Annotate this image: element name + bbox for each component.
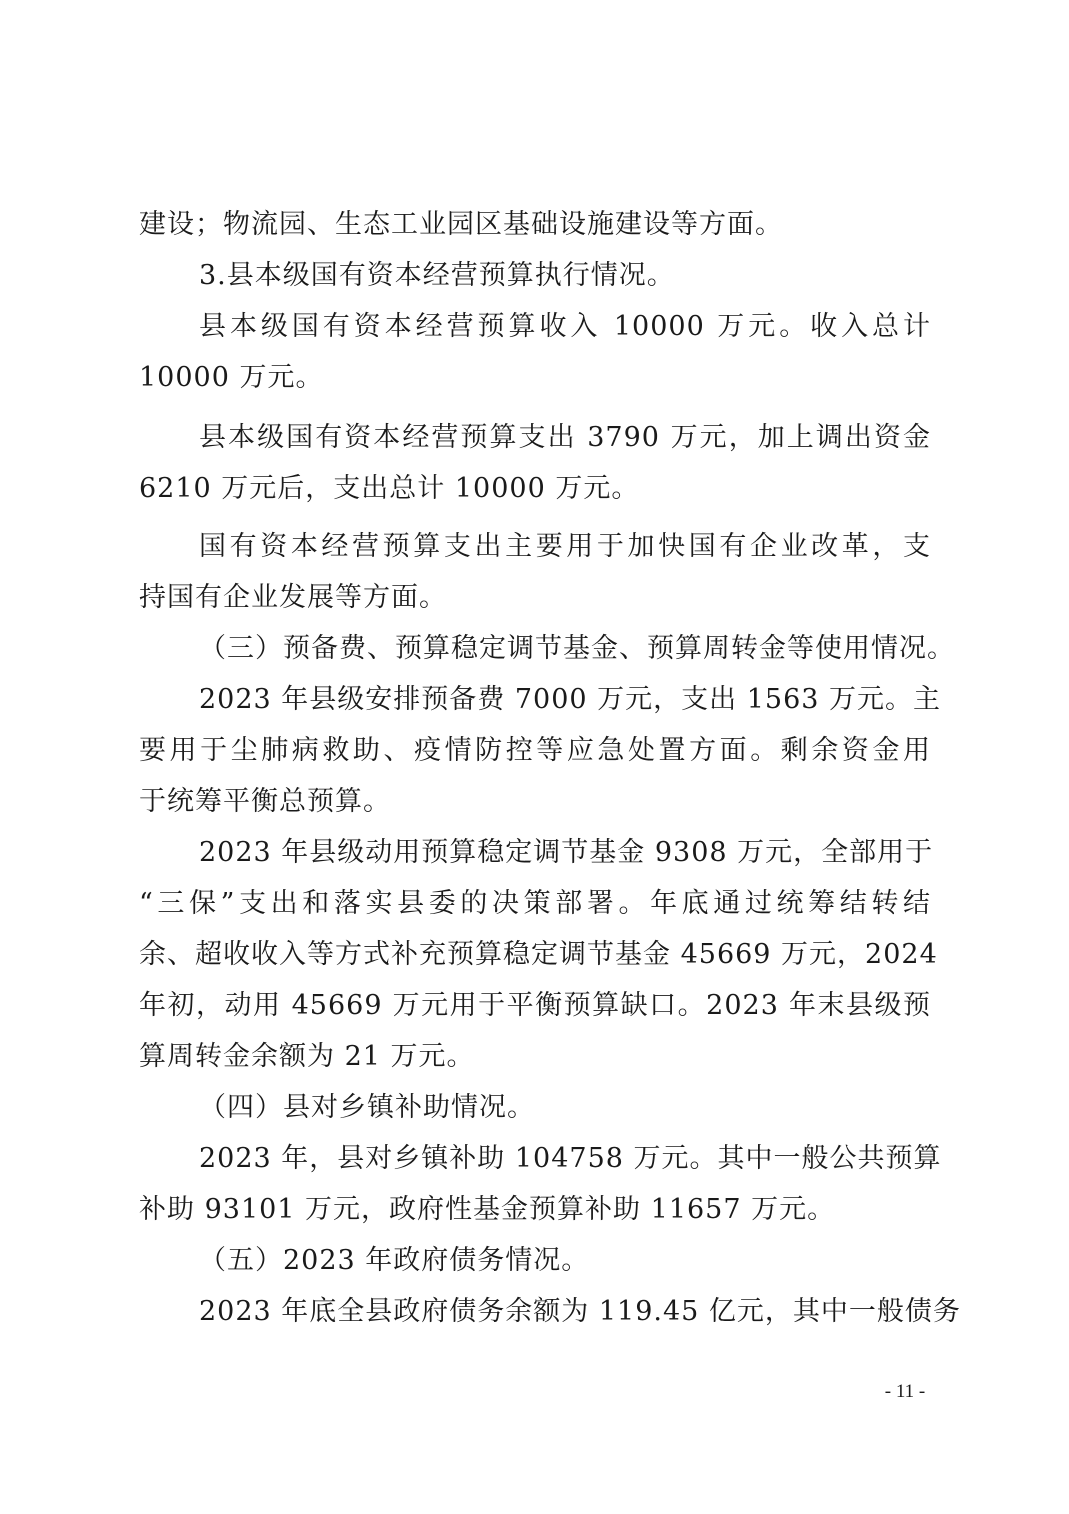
body-text-line: 2023 年底全县政府债务余额为 119.45 亿元，其中一般债务 [199,1295,931,1329]
section-heading: （四）县对乡镇补助情况。 [199,1091,931,1125]
body-text-line: 2023 年县级安排预备费 7000 万元，支出 1563 万元。主 [199,683,931,717]
document-page: 建设；物流园、生态工业园区基础设施建设等方面。 3.县本级国有资本经营预算执行情… [0,0,1069,1514]
body-text-line: 县本级国有资本经营预算支出 3790 万元，加上调出资金 [199,421,931,455]
section-heading: 3.县本级国有资本经营预算执行情况。 [199,259,931,293]
body-text-line: 补助 93101 万元，政府性基金预算补助 11657 万元。 [139,1193,931,1227]
body-text-line: “三保”支出和落实县委的决策部署。年底通过统筹结转结 [139,887,931,921]
page-number: - 11 - [870,1380,940,1404]
body-text-line: 余、超收收入等方式补充预算稳定调节基金 45669 万元，2024 [139,938,931,972]
body-text-line: 2023 年县级动用预算稳定调节基金 9308 万元，全部用于 [199,836,931,870]
body-text-line: 持国有企业发展等方面。 [139,581,931,615]
body-text-line: 建设；物流园、生态工业园区基础设施建设等方面。 [139,208,931,242]
body-text-line: 于统筹平衡总预算。 [139,785,931,819]
body-text-line: 国有资本经营预算支出主要用于加快国有企业改革，支 [199,530,931,564]
body-text-line: 算周转金余额为 21 万元。 [139,1040,931,1074]
section-heading: （五）2023 年政府债务情况。 [199,1244,931,1278]
body-text-line: 10000 万元。 [139,361,931,395]
section-heading: （三）预备费、预算稳定调节基金、预算周转金等使用情况。 [199,632,931,666]
body-text-line: 要用于尘肺病救助、疫情防控等应急处置方面。剩余资金用 [139,734,931,768]
body-text-line: 6210 万元后，支出总计 10000 万元。 [139,472,931,506]
body-text-line: 2023 年，县对乡镇补助 104758 万元。其中一般公共预算 [199,1142,931,1176]
body-text-line: 县本级国有资本经营预算收入 10000 万元。收入总计 [199,310,931,344]
body-text-line: 年初，动用 45669 万元用于平衡预算缺口。2023 年末县级预 [139,989,931,1023]
